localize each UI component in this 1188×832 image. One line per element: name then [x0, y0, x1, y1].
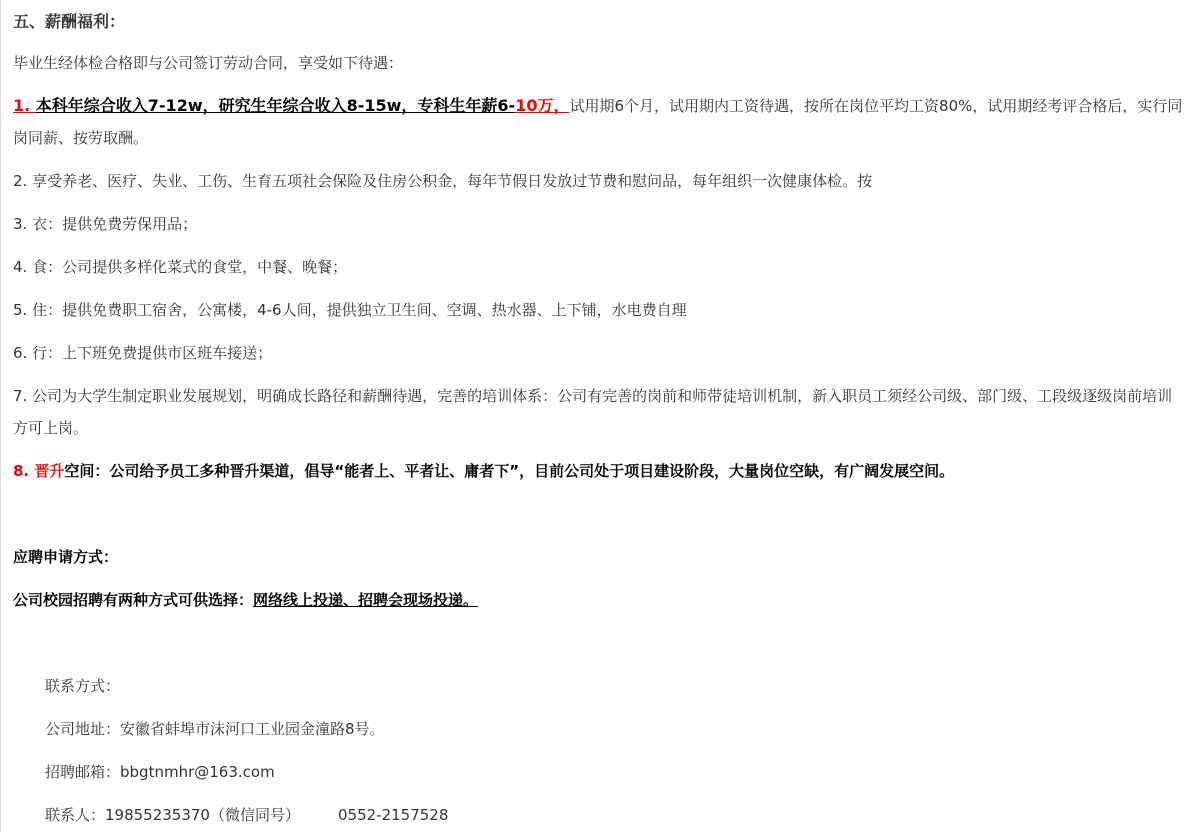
job-posting-document: 五、薪酬福利： 毕业生经体检合格即与公司签订劳动合同，享受如下待遇： 1. 本科… — [0, 0, 1188, 832]
contact-person-value: 联系人：19855235370（微信同号） — [45, 806, 300, 824]
benefit-item-1: 1. 本科年综合收入7-12w，研究生年综合收入8-15w，专科生年薪6-10万… — [13, 90, 1184, 154]
apply-method-channels: 网络线上投递、招聘会现场投递。 — [253, 591, 478, 609]
blank-line — [13, 627, 1184, 659]
apply-method-prefix: 公司校园招聘有两种方式可供选择： — [13, 591, 253, 609]
benefit-item-8: 8. 晋升空间：公司给予员工多种晋升渠道，倡导“能者上、平者让、庸者下”，目前公… — [13, 455, 1184, 487]
benefit-item-6: 6. 行：上下班免费提供市区班车接送； — [13, 337, 1184, 369]
contact-address: 公司地址：安徽省蚌埠市沫河口工业园金潼路8号。 — [45, 713, 1184, 745]
contact-email-value: bbgtnmhr@163.com — [120, 763, 275, 781]
contact-email-label: 招聘邮箱： — [45, 763, 120, 781]
benefit-item-5: 5. 住：提供免费职工宿舍，公寓楼，4-6人间，提供独立卫生间、空调、热水器、上… — [13, 294, 1184, 326]
benefit-item-1-number: 1. — [13, 96, 36, 115]
benefit-item-7: 7. 公司为大学生制定职业发展规划，明确成长路径和薪酬待遇，完善的培训体系：公司… — [13, 380, 1184, 444]
contact-phone-value: 0552-2157528 — [338, 806, 448, 824]
benefit-item-1-salary-text: 本科年综合收入7-12w，研究生年综合收入8-15w，专科生年薪6- — [36, 96, 515, 115]
contact-person-line: 联系人：19855235370（微信同号）0552-2157528 — [45, 799, 1184, 831]
benefit-item-3: 3. 衣：提供免费劳保用品； — [13, 208, 1184, 240]
benefit-item-8-highlight: 8. 晋升 — [13, 462, 64, 480]
contact-heading: 联系方式： — [45, 670, 1184, 702]
benefit-item-4: 4. 食：公司提供多样化菜式的食堂，中餐、晚餐； — [13, 251, 1184, 283]
blank-line — [13, 498, 1184, 530]
contact-email-line: 招聘邮箱：bbgtnmhr@163.com — [45, 756, 1184, 788]
contact-block: 联系方式： 公司地址：安徽省蚌埠市沫河口工业园金潼路8号。 招聘邮箱：bbgtn… — [45, 670, 1184, 831]
benefit-item-1-salary-highlight: 10万， — [515, 96, 569, 115]
apply-method-line: 公司校园招聘有两种方式可供选择：网络线上投递、招聘会现场投递。 — [13, 584, 1184, 616]
benefit-item-8-detail: 空间：公司给予员工多种晋升渠道，倡导“能者上、平者让、庸者下”，目前公司处于项目… — [64, 462, 954, 480]
benefit-item-2: 2. 享受养老、医疗、失业、工伤、生育五项社会保险及住房公积金，每年节假日发放过… — [13, 165, 1184, 197]
apply-method-heading: 应聘申请方式： — [13, 541, 1184, 573]
intro-paragraph: 毕业生经体检合格即与公司签订劳动合同，享受如下待遇： — [13, 47, 1184, 79]
section-title: 五、薪酬福利： — [13, 8, 1184, 36]
